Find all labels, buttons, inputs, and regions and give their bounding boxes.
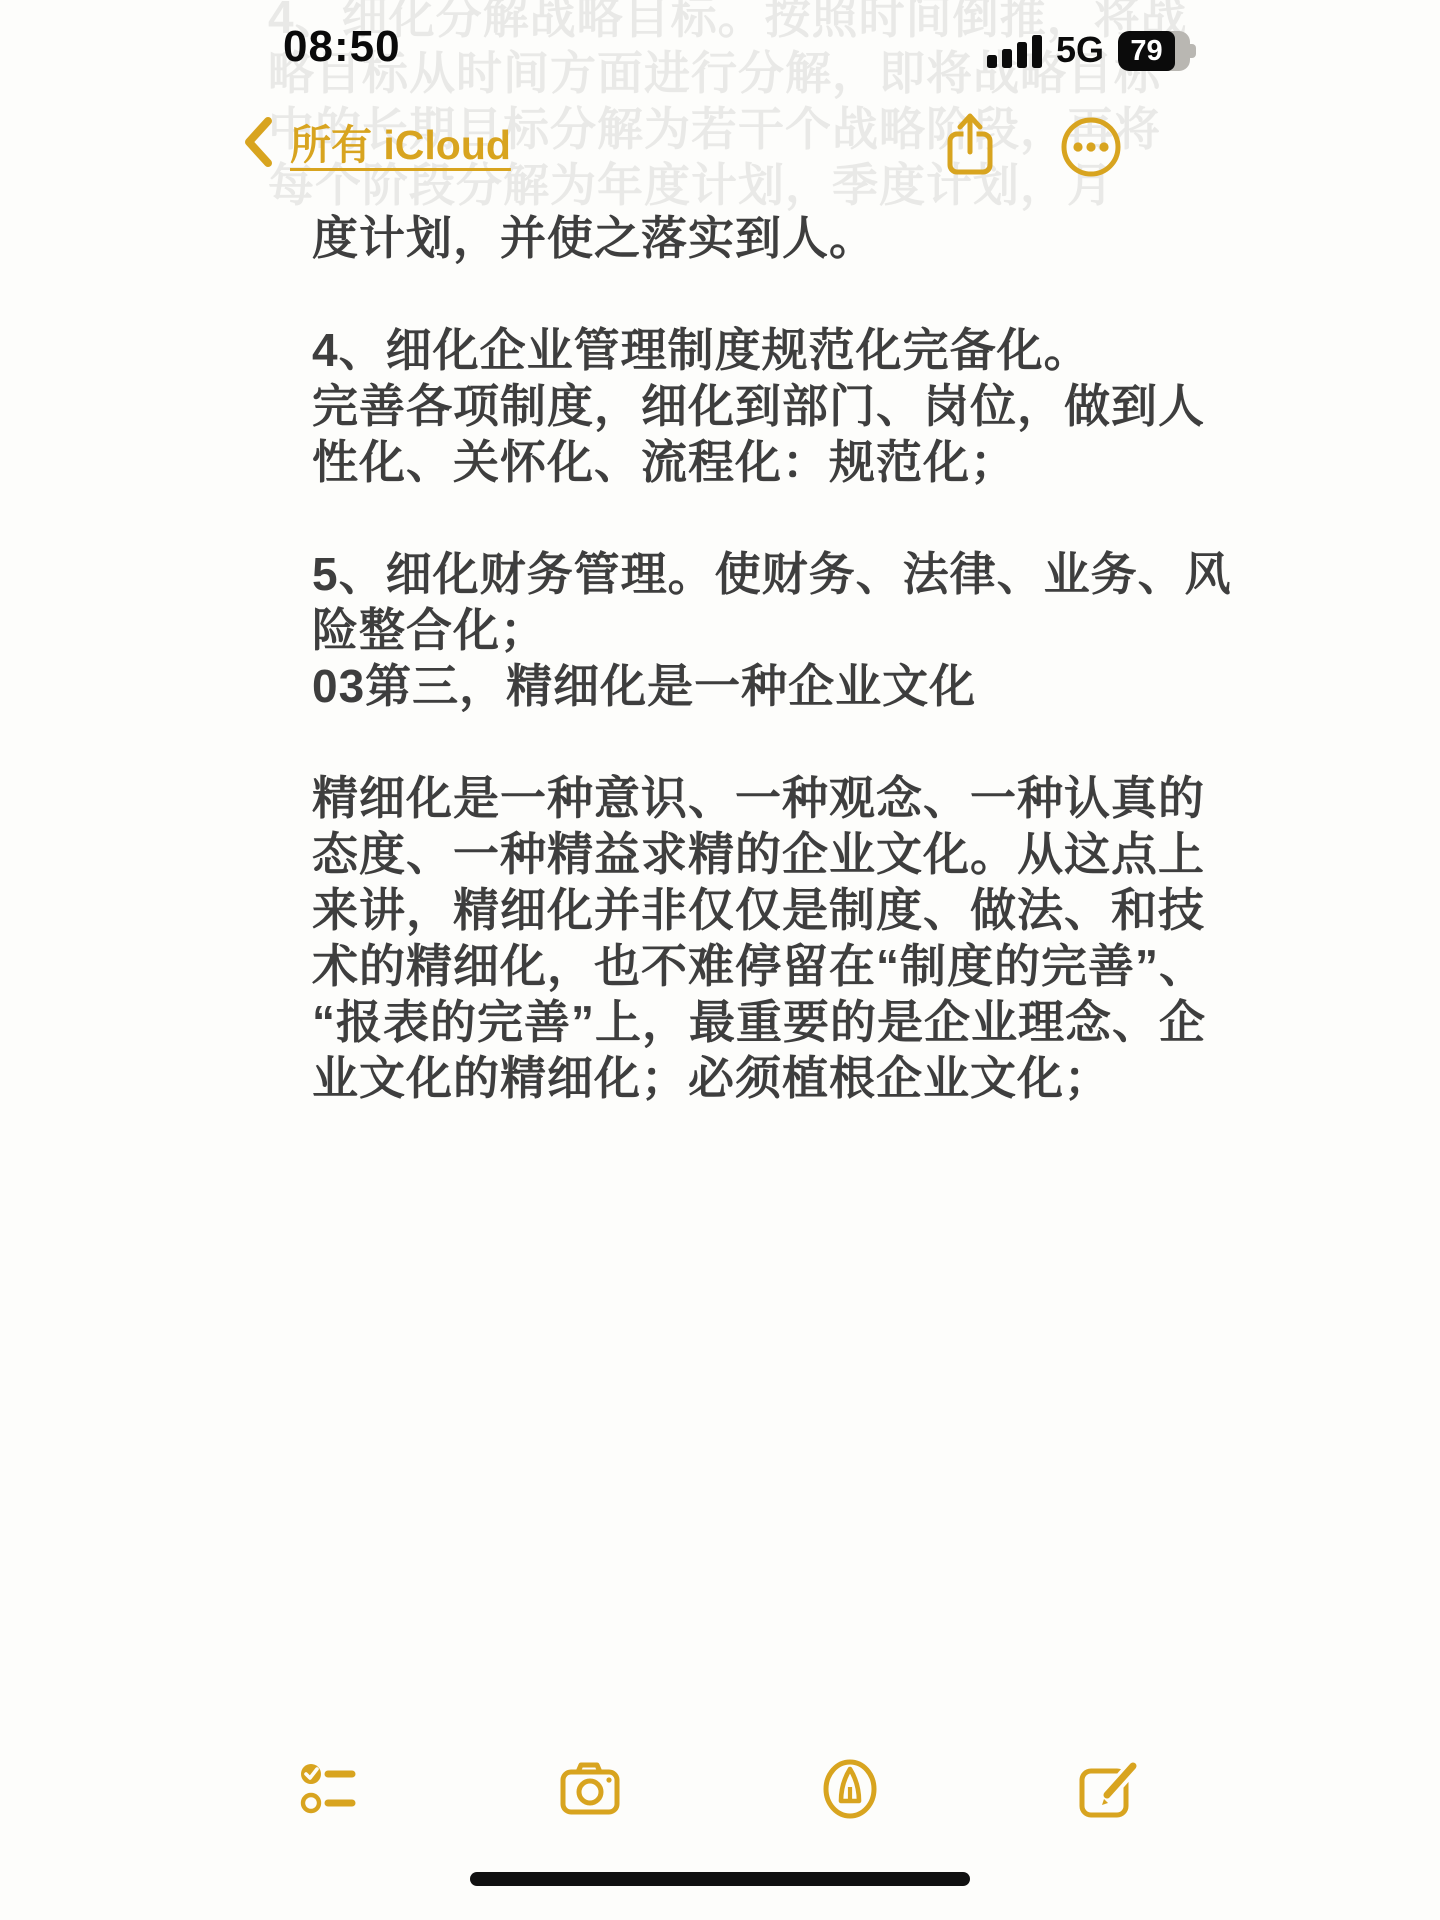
checklist-button[interactable] [298,1754,362,1824]
compose-icon [1076,1757,1144,1821]
chevron-left-icon [240,114,276,170]
status-bar: 08:50 5G 79 [0,0,1440,100]
note-text-line: 5、细化财务管理。使财务、法律、业务、风 [312,546,1232,602]
note-text-line: 精细化是一种意识、一种观念、一种认真的 [312,770,1232,826]
note-text-line: 4、细化企业管理制度规范化完备化。 [312,322,1232,378]
battery-percent-label: 79 [1118,31,1175,71]
network-type-label: 5G [1056,30,1104,70]
note-text-line [312,714,1232,770]
note-text-line: 完善各项制度，细化到部门、岗位，做到人 [312,378,1232,434]
note-editor[interactable]: 度计划，并使之落实到人。4、细化企业管理制度规范化完备化。完善各项制度，细化到部… [312,210,1232,1106]
share-button[interactable] [942,110,998,180]
notes-app-screen: 4、细化分解战略目标。按照时间倒推，将战略目标从时间方面进行分解，即将战略目标中… [0,0,1440,1920]
nav-bar: 所有 iCloud [0,104,1440,188]
note-text-line: 险整合化； [312,602,1232,658]
note-text-line [312,266,1232,322]
bottom-toolbar [0,1746,1440,1836]
note-text-line [312,490,1232,546]
note-text-line: 态度、一种精益求精的企业文化。从这点上 [312,826,1232,882]
battery-icon: 79 [1118,31,1196,71]
checklist-icon [298,1757,362,1821]
signal-bars-icon [987,34,1042,70]
note-text-line: “报表的完善”上，最重要的是企业理念、企 [312,994,1232,1050]
clock-time: 08:50 [283,22,401,72]
more-options-button[interactable] [1060,116,1122,178]
note-text-line: 度计划，并使之落实到人。 [312,210,1232,266]
camera-icon [558,1757,622,1821]
compose-button[interactable] [1078,1754,1142,1824]
note-text-line: 来讲，精细化并非仅仅是制度、做法、和技 [312,882,1232,938]
camera-button[interactable] [558,1754,622,1824]
share-icon [942,110,998,180]
back-button-label: 所有 iCloud [290,112,511,171]
ellipsis-circle-icon [1060,116,1122,178]
markup-pen-icon [818,1757,882,1821]
note-text-line: 03第三，精细化是一种企业文化 [312,658,1232,714]
markup-button[interactable] [818,1754,882,1824]
note-text-line: 术的精细化，也不难停留在“制度的完善”、 [312,938,1232,994]
home-indicator[interactable] [470,1872,970,1886]
note-text-line: 性化、关怀化、流程化：规范化； [312,434,1232,490]
note-text-line: 业文化的精细化；必须植根企业文化； [312,1050,1232,1106]
back-button[interactable]: 所有 iCloud [240,112,511,171]
